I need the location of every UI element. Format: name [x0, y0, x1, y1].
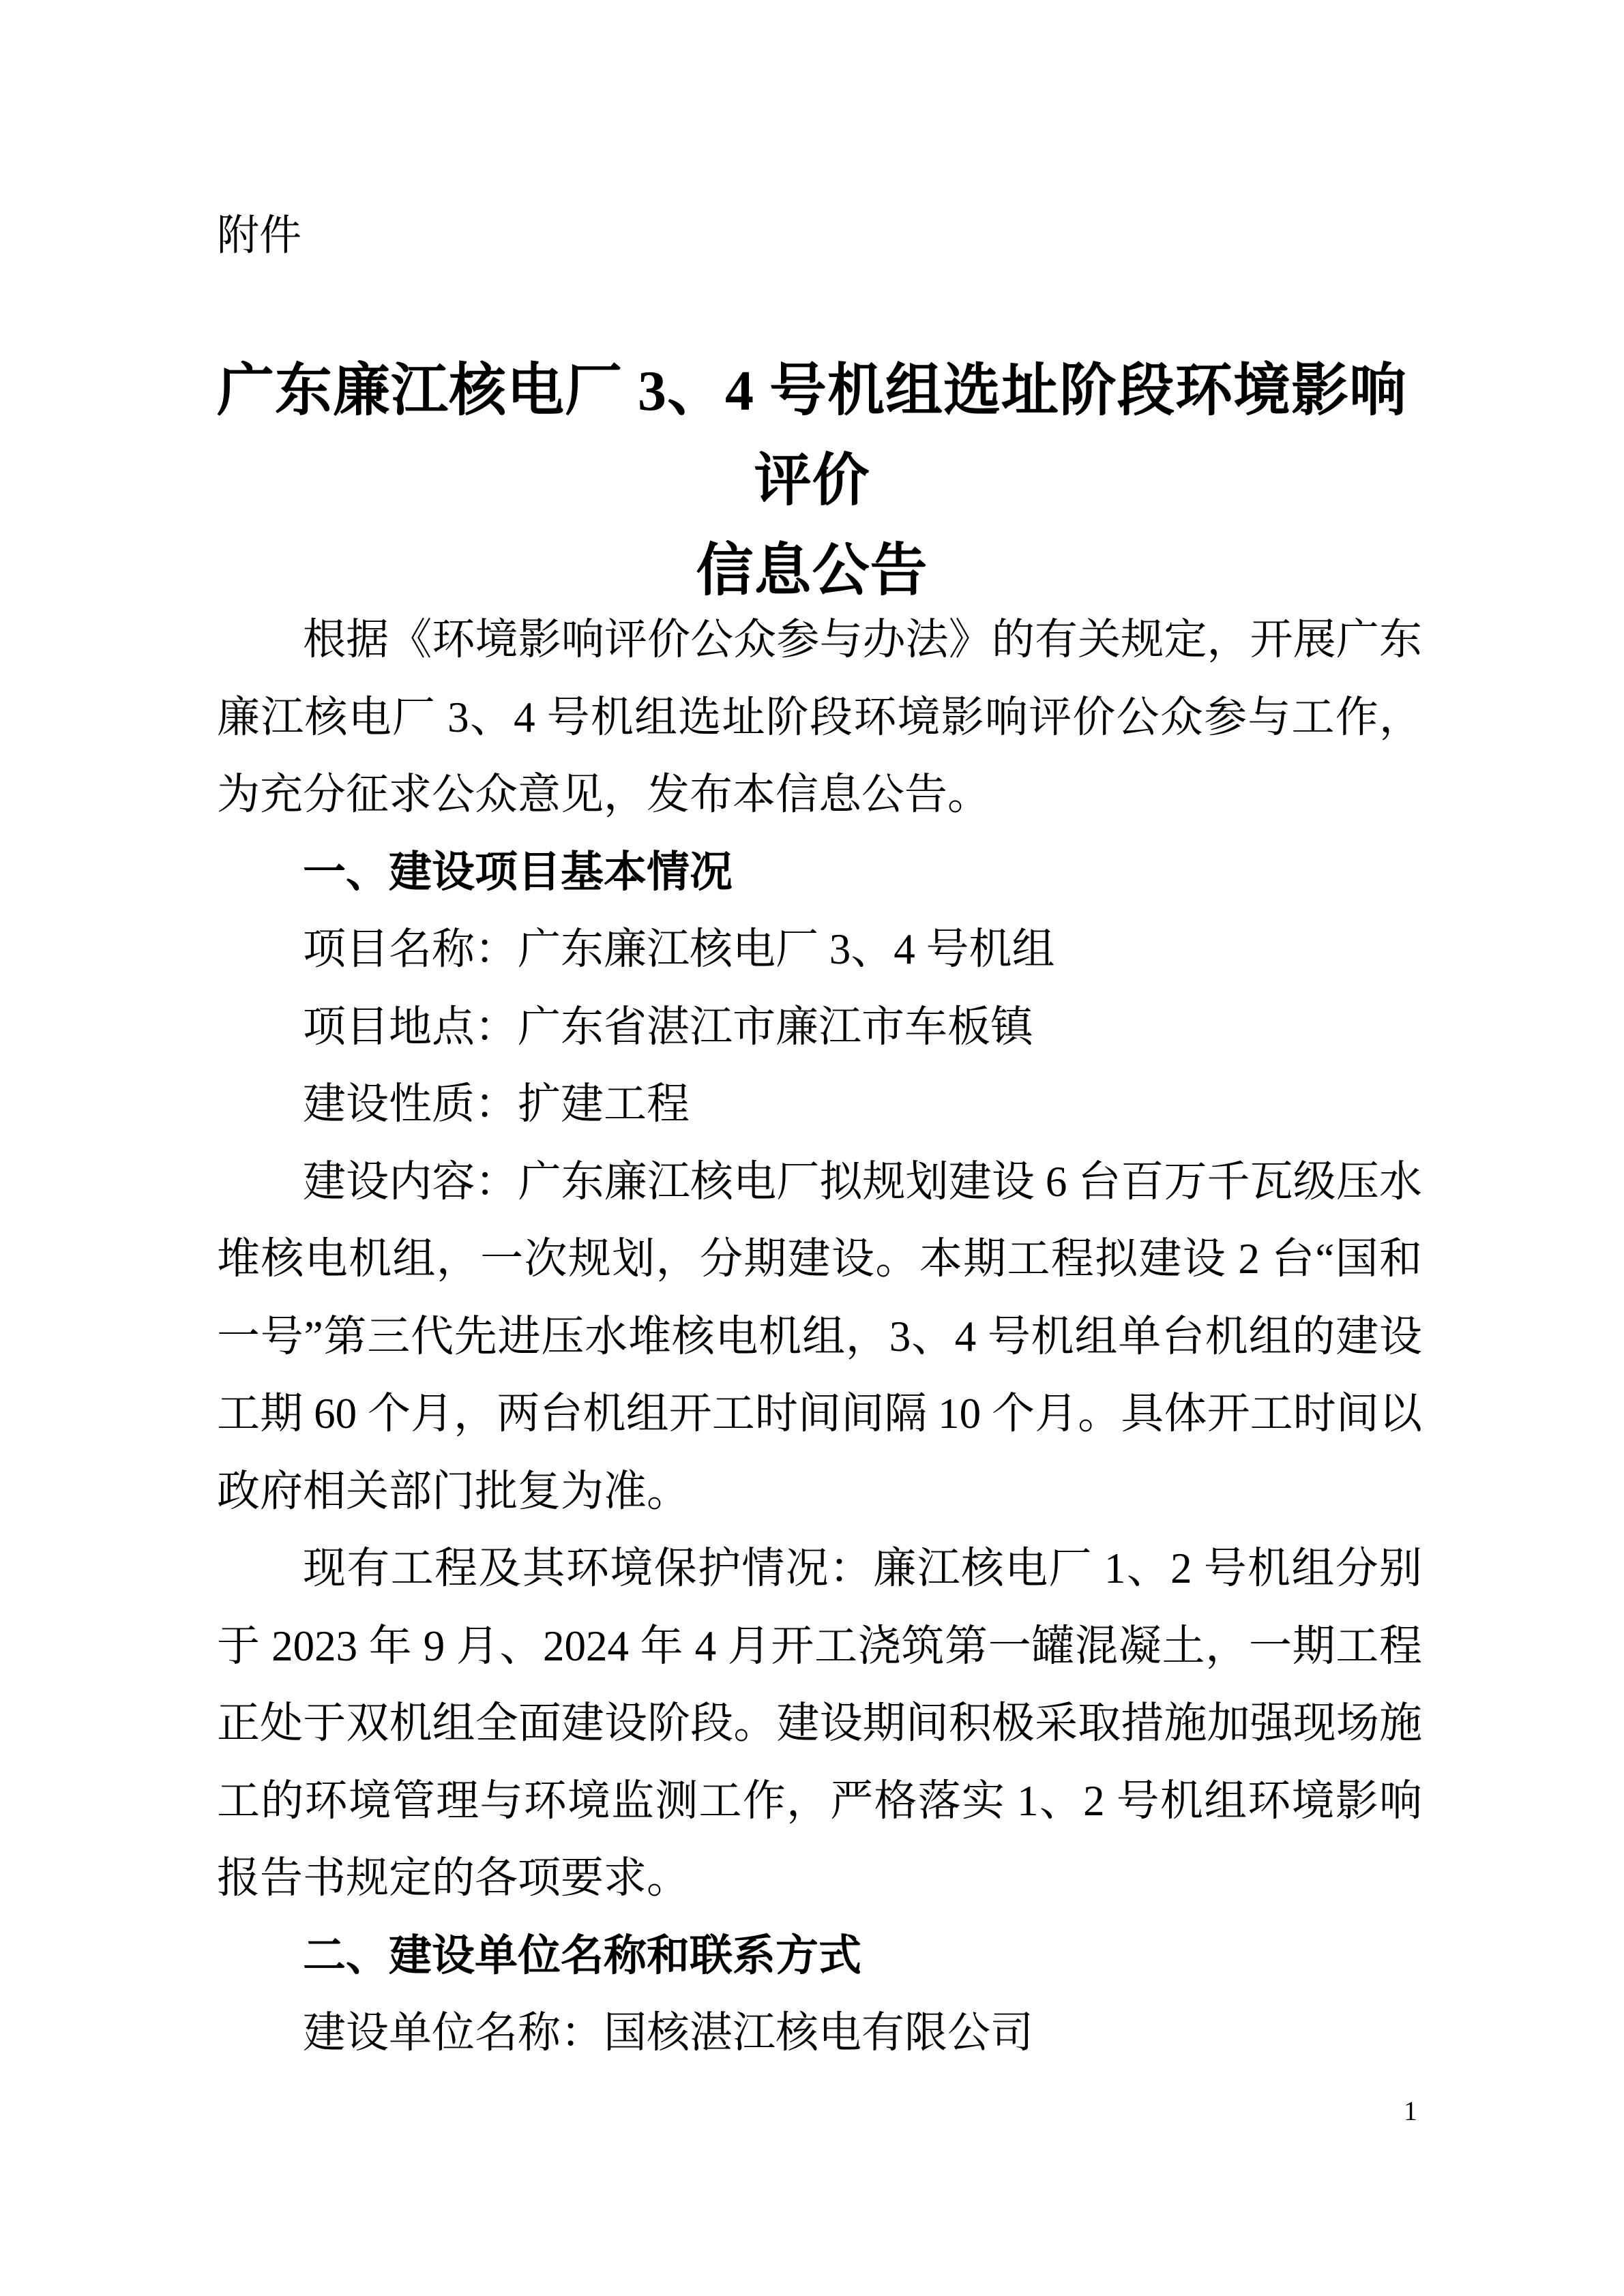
- document-body: 根据《环境影响评价公众参与办法》的有关规定，开展广东廉江核电厂 3、4 号机组选…: [217, 601, 1422, 2072]
- construction-unit-name-paragraph: 建设单位名称：国核湛江核电有限公司: [217, 1995, 1422, 2072]
- existing-project-paragraph: 现有工程及其环境保护情况：廉江核电厂 1、2 号机组分别于 2023 年 9 月…: [217, 1530, 1422, 1918]
- construction-nature-paragraph: 建设性质：扩建工程: [217, 1066, 1422, 1144]
- document-title-line-1: 广东廉江核电厂 3、4 号机组选址阶段环境影响评价: [203, 346, 1421, 526]
- attachment-label: 附件: [217, 211, 301, 260]
- construction-content-paragraph: 建设内容：广东廉江核电厂拟规划建设 6 台百万千瓦级压水堆核电机组，一次规划，分…: [217, 1144, 1422, 1531]
- intro-paragraph: 根据《环境影响评价公众参与办法》的有关规定，开展广东廉江核电厂 3、4 号机组选…: [217, 601, 1422, 834]
- project-location-paragraph: 项目地点：广东省湛江市廉江市车板镇: [217, 989, 1422, 1067]
- section-1-heading: 一、建设项目基本情况: [217, 834, 1422, 912]
- document-title: 广东廉江核电厂 3、4 号机组选址阶段环境影响评价 信息公告: [203, 346, 1421, 616]
- project-name-paragraph: 项目名称：广东廉江核电厂 3、4 号机组: [217, 911, 1422, 989]
- document-page: 附件 广东廉江核电厂 3、4 号机组选址阶段环境影响评价 信息公告 根据《环境影…: [0, 0, 1624, 2296]
- page-number: 1: [1404, 2095, 1417, 2128]
- section-2-heading: 二、建设单位名称和联系方式: [217, 1918, 1422, 1995]
